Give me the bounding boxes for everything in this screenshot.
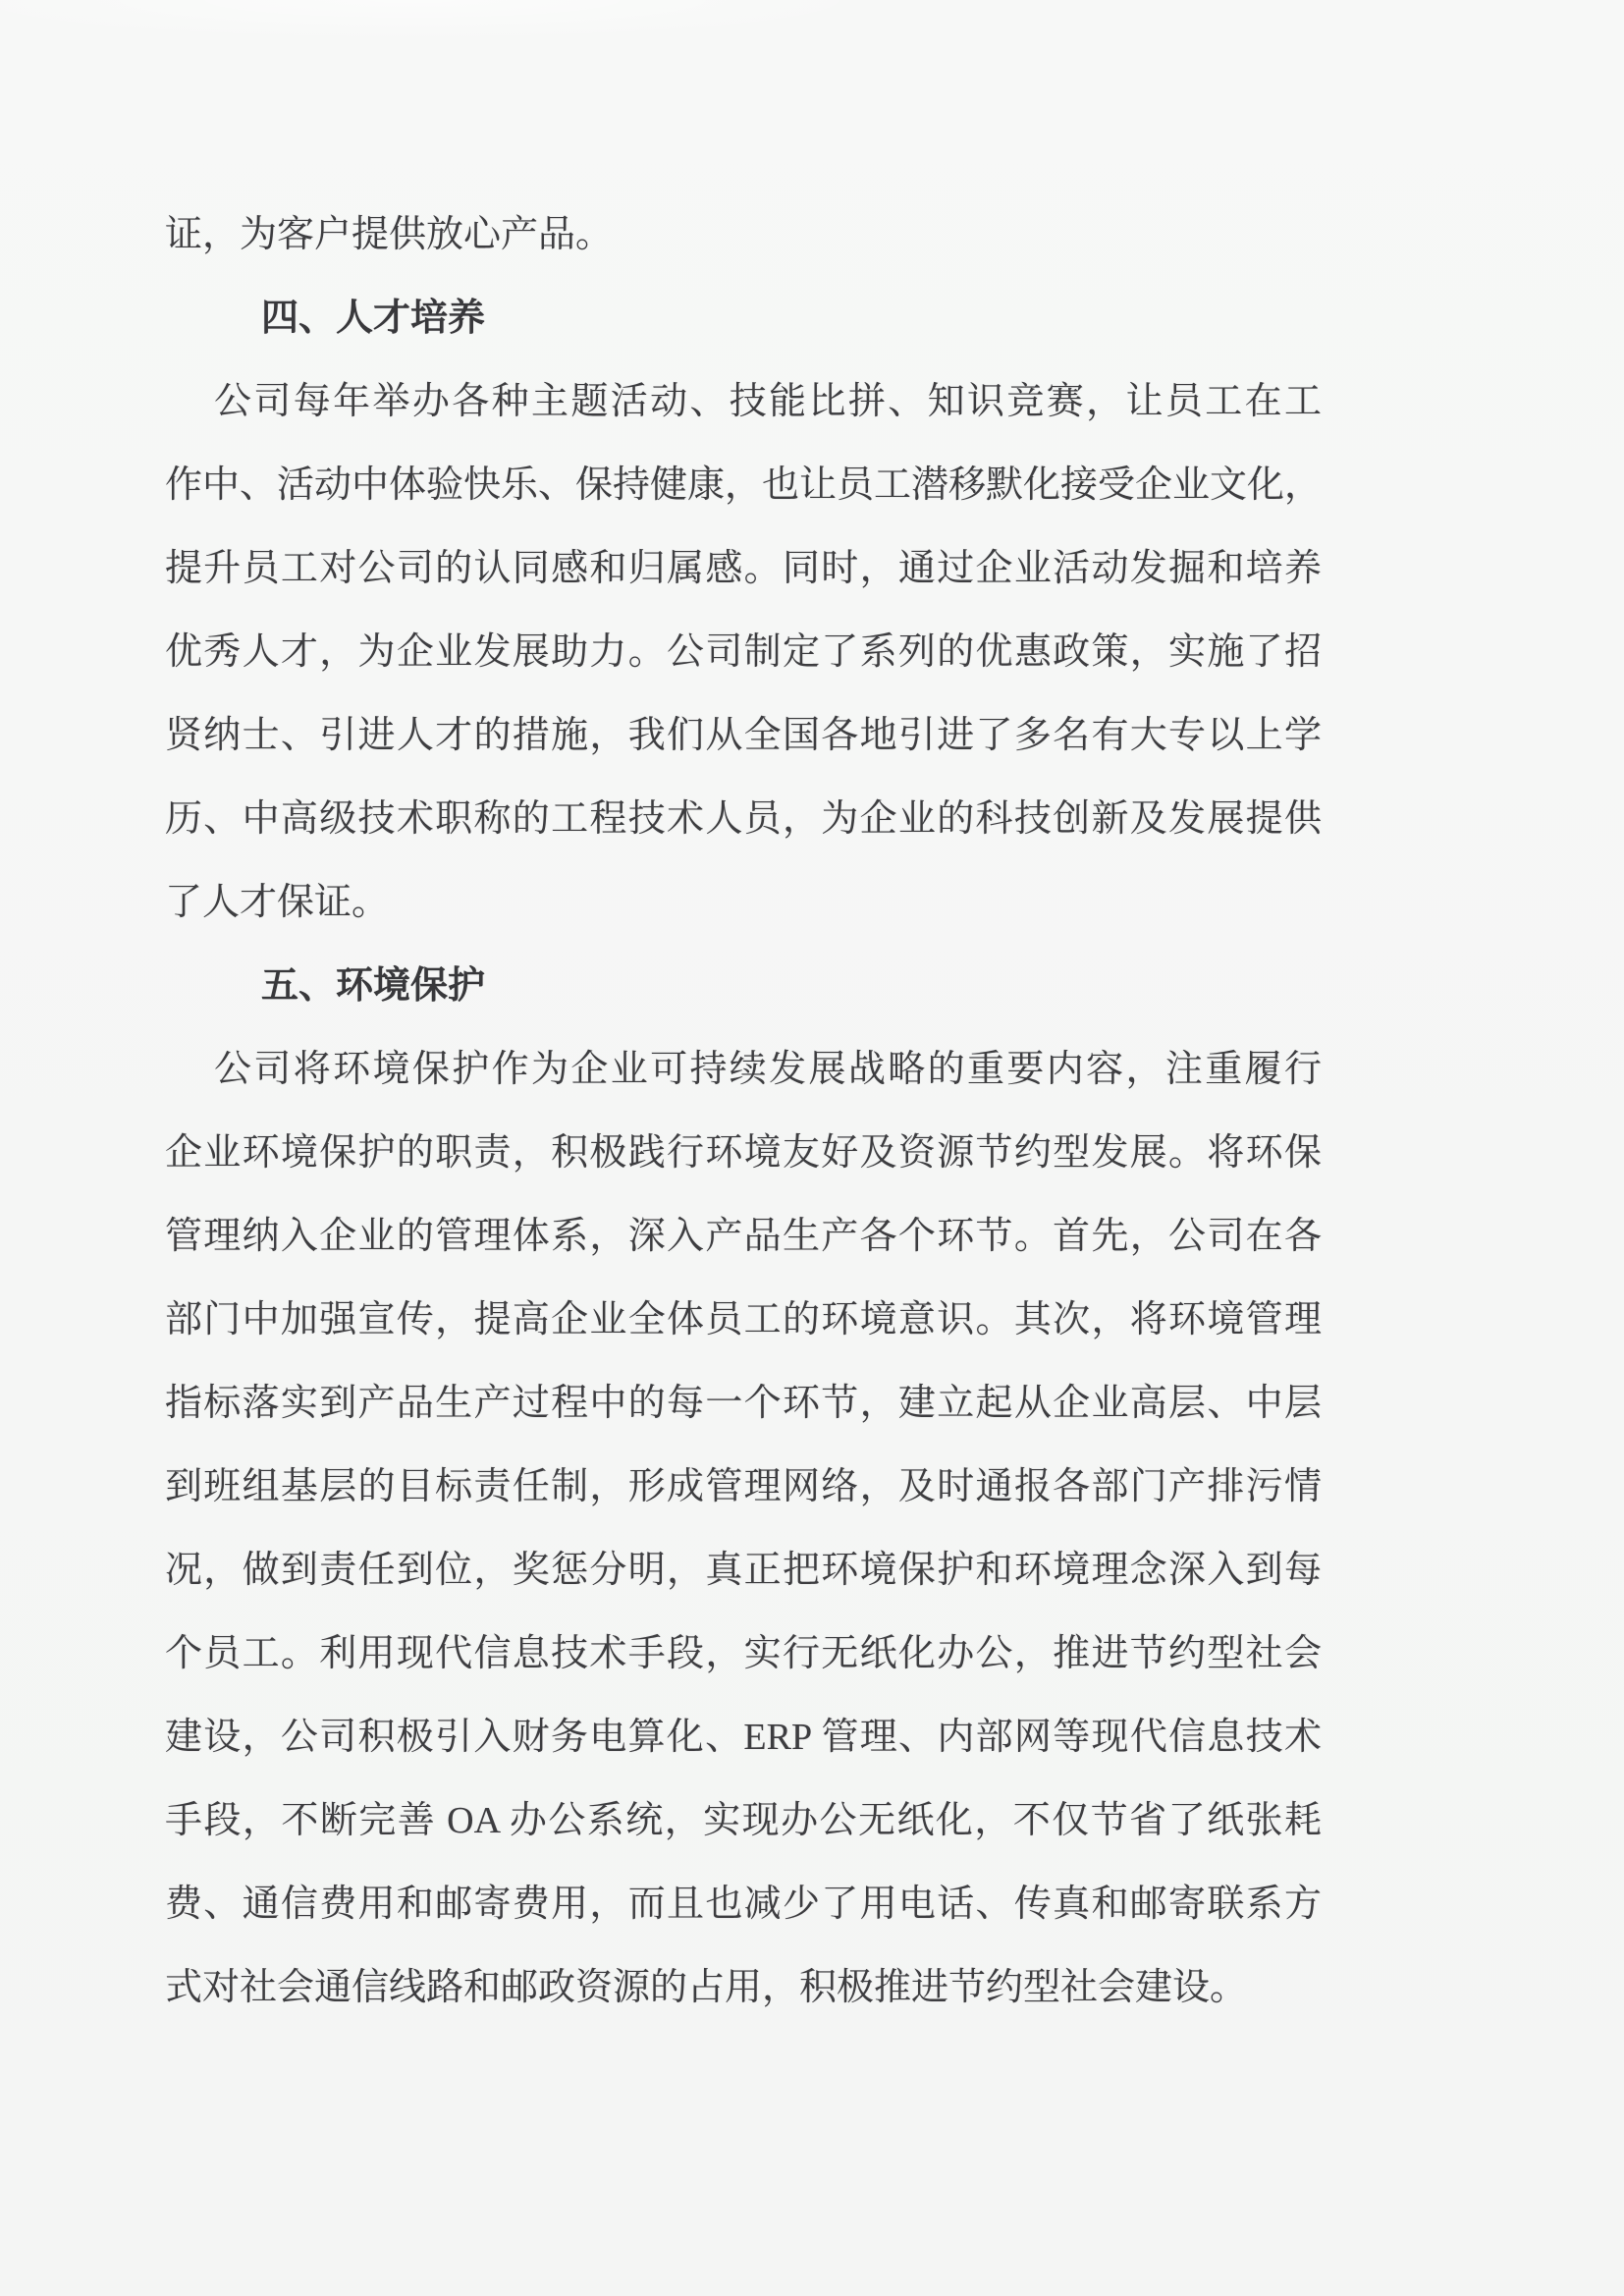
section-heading: 五、环境保护 [165,945,1322,1028]
section-heading: 四、人才培养 [165,277,1322,360]
text-line: 提升员工对公司的认同感和归属感。同时，通过企业活动发掘和培养 [165,527,1322,611]
text-line: 部门中加强宣传，提高企业全体员工的环境意识。其次，将环境管理 [165,1279,1322,1362]
text-line: 手段，不断完善 OA 办公系统，实现办公无纸化，不仅节省了纸张耗 [165,1779,1322,1863]
text-line: 个员工。利用现代信息技术手段，实行无纸化办公，推进节约型社会 [165,1613,1322,1696]
text-line: 指标落实到产品生产过程中的每一个环节，建立起从企业高层、中层 [165,1362,1322,1446]
document-text: 证，为客户提供放心产品。四、人才培养公司每年举办各种主题活动、技能比拼、知识竞赛… [165,193,1322,2030]
text-line: 到班组基层的目标责任制，形成管理网络，及时通报各部门产排污情 [165,1446,1322,1529]
text-line: 式对社会通信线路和邮政资源的占用，积极推进节约型社会建设。 [165,1946,1322,2030]
text-line: 了人才保证。 [165,861,1322,945]
text-line: 企业环境保护的职责，积极践行环境友好及资源节约型发展。将环保 [165,1112,1322,1195]
text-line: 管理纳入企业的管理体系，深入产品生产各个环节。首先，公司在各 [165,1195,1322,1279]
text-line: 作中、活动中体验快乐、保持健康，也让员工潜移默化接受企业文化， [165,444,1322,527]
text-line: 贤纳士、引进人才的措施，我们从全国各地引进了多名有大专以上学 [165,694,1322,778]
text-line: 历、中高级技术职称的工程技术人员，为企业的科技创新及发展提供 [165,778,1322,861]
text-line: 优秀人才，为企业发展助力。公司制定了系列的优惠政策，实施了招 [165,611,1322,694]
text-line: 证，为客户提供放心产品。 [165,193,1322,277]
document-page: 证，为客户提供放心产品。四、人才培养公司每年举办各种主题活动、技能比拼、知识竞赛… [0,0,1624,2296]
text-line: 况，做到责任到位，奖惩分明，真正把环境保护和环境理念深入到每 [165,1529,1322,1613]
text-line: 公司每年举办各种主题活动、技能比拼、知识竞赛，让员工在工 [165,360,1322,444]
text-line: 公司将环境保护作为企业可持续发展战略的重要内容，注重履行 [165,1028,1322,1112]
text-line: 费、通信费用和邮寄费用，而且也减少了用电话、传真和邮寄联系方 [165,1863,1322,1946]
text-line: 建设，公司积极引入财务电算化、ERP 管理、内部网等现代信息技术 [165,1696,1322,1779]
